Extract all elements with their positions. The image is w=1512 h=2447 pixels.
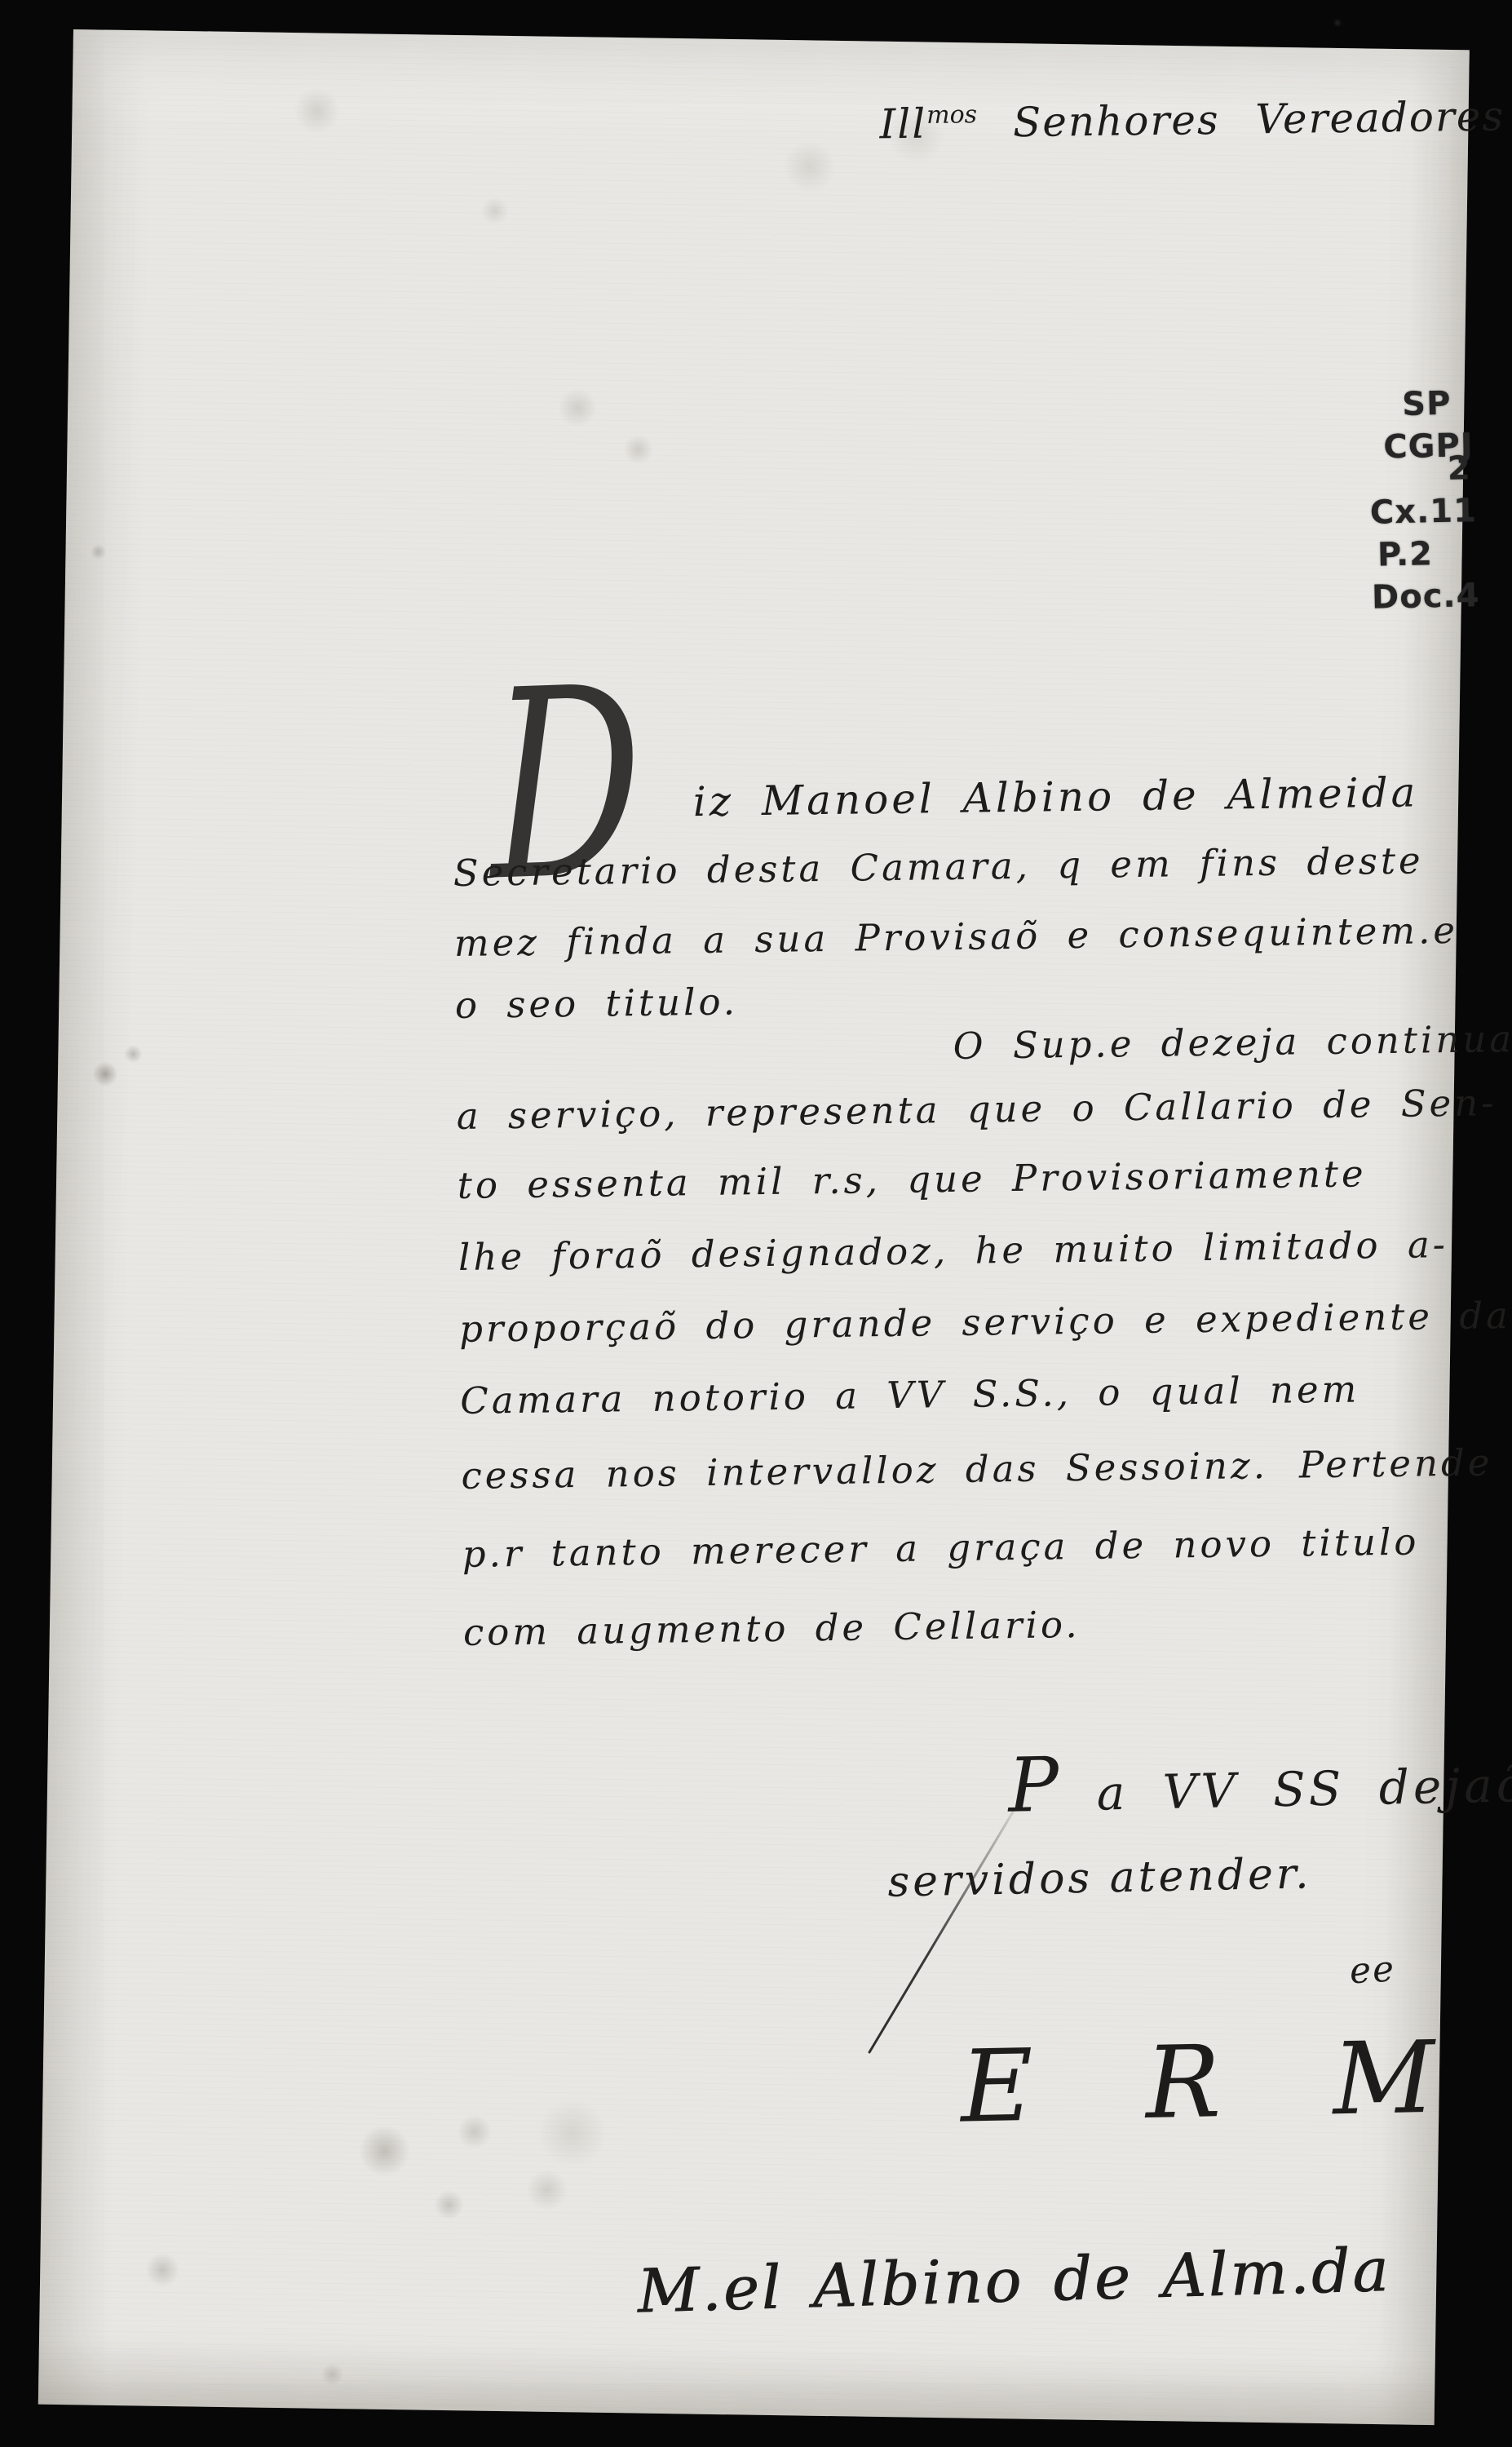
body-line-11: cessa nos intervalloz das Sessoinz. Pert… [461,1440,1493,1533]
body-line-7: to essenta mil r.s, que Provisoriamente [458,1150,1494,1236]
archival-stamp: SP CGPJ 2 Cx.11 P.2 Doc.4 [1368,381,1512,619]
petition-body: iz Manoel Albino de Almeida Secretario d… [452,768,1499,1660]
body-line-12: p.r tanto merecer a graça de novo titulo [462,1519,1498,1611]
stamp-line-doc: Doc.4 [1371,573,1512,619]
stamp-line-p: P.2 [1377,531,1512,576]
ee-flourish-mark: ee [1349,1948,1397,1992]
closing-formula: P a VV SS dejaõ servidos atender. [886,1757,1512,1907]
closing-initial-p: P [1007,1741,1063,1829]
body-line-1: iz Manoel Albino de Almeida [692,768,1488,848]
closing-line-1-rest: a VV SS dejaõ [1063,1757,1512,1821]
stamp-line-cx: Cx.11 [1369,489,1512,534]
body-line-10: Camara notorio a VV S.S., o qual nem [460,1365,1497,1454]
stamp-line-sp: SP [1402,381,1512,426]
body-line-11-right: Pertende [1299,1440,1494,1521]
salutation-superscript: mos [926,100,977,130]
body-line-8: lhe foraõ designadoz, he muito limitado … [458,1222,1495,1308]
body-line-11-left: cessa nos intervalloz das Sessoinz. [461,1444,1269,1533]
salutation-rest: Senhores Vereadores [977,92,1505,146]
closing-line-1: P a VV SS dejaõ [1008,1757,1512,1823]
salutation-prefix: Ill [879,100,926,148]
stamp-line-2: 2 [1447,446,1512,490]
signature: M.el Albino de Alm.da [636,2235,1391,2327]
closing-line-2: servidos atender. [887,1845,1512,1907]
body-line-5: O Sup.e dezeja continuar [953,1017,1492,1088]
body-line-2: Secretario desta Camara, q em fins deste [453,838,1489,922]
manuscript-page: Illmos Senhores Vereadores SP CGPJ 2 Cx.… [38,29,1470,2425]
salutation-heading: Illmos Senhores Vereadores [879,92,1508,148]
erm-abbreviation: E R M [959,2020,1437,2145]
body-line-9: proporçaõ do grande serviço e expediente… [459,1294,1496,1379]
body-line-6: a serviço, representa que o Callario de … [456,1081,1492,1164]
